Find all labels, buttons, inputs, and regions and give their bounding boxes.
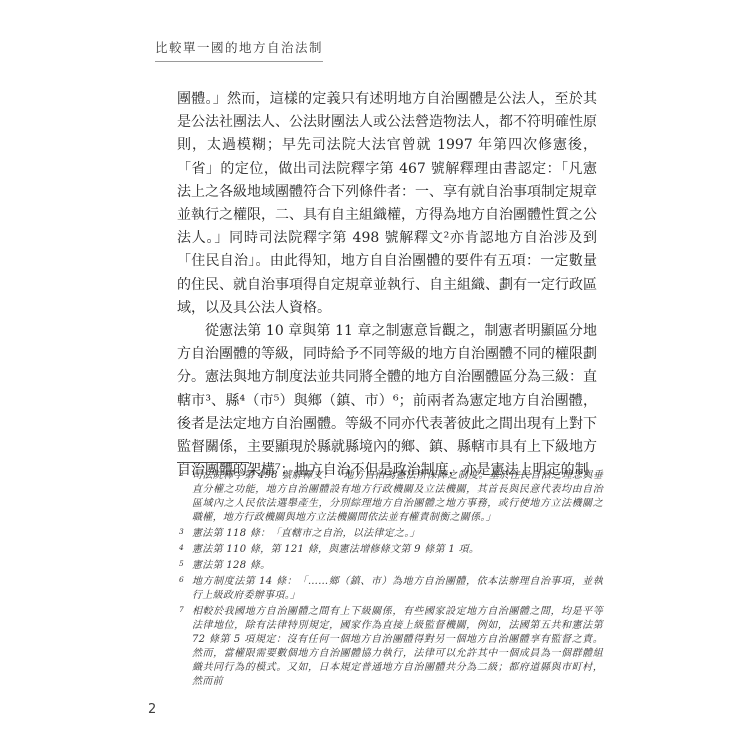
- footnote: 5 憲法第 128 條。: [177, 559, 603, 573]
- footnote: 4 憲法第 110 條，第 121 條，與憲法增修條文第 9 條第 1 項。: [177, 543, 603, 557]
- body-text: 團體。」然而，這樣的定義只有述明地方自治團體是公法人，至於其是公法社團法人、公法…: [177, 88, 597, 482]
- footnote-number: 6: [179, 573, 184, 587]
- footnote-number: 3: [179, 525, 184, 539]
- running-head: 比較單一國的地方自治法制: [155, 38, 323, 62]
- footnote-number: 4: [179, 541, 184, 555]
- body-paragraph-1: 團體。」然而，這樣的定義只有述明地方自治團體是公法人，至於其是公法社團法人、公法…: [177, 88, 597, 320]
- footnote: 6 地方制度法第 14 條：「……鄉（鎮、市）為地方自治團體，依本法辦理自治事項…: [177, 575, 603, 603]
- footnote-number: 2: [179, 467, 184, 481]
- footnote-separator: [177, 462, 249, 463]
- page-number: 2: [148, 702, 156, 717]
- footnote-text: 憲法第 118 條：「直轄市之自治，以法律定之。」: [192, 528, 420, 539]
- footnote: 3 憲法第 118 條：「直轄市之自治，以法律定之。」: [177, 527, 603, 541]
- running-head-title: 比較單一國的地方自治法制: [155, 38, 323, 62]
- book-page: 比較單一國的地方自治法制 團體。」然而，這樣的定義只有述明地方自治團體是公法人，…: [0, 0, 750, 750]
- footnote-text: 相較於我國地方自治團體之間有上下級關係，有些國家設定地方自治團體之間，均是平等法…: [192, 606, 603, 687]
- footnote-number: 7: [179, 603, 184, 617]
- footnote-text: 憲法第 128 條。: [192, 560, 270, 571]
- body-paragraph-2: 從憲法第 10 章與第 11 章之制憲意旨觀之，制憲者明顯區分地方自治團體的等級…: [177, 320, 597, 482]
- footnote-text: 憲法第 110 條，第 121 條，與憲法增修條文第 9 條第 1 項。: [192, 544, 479, 555]
- footnote: 7 相較於我國地方自治團體之間有上下級關係，有些國家設定地方自治團體之間，均是平…: [177, 605, 603, 689]
- footnote-number: 5: [179, 557, 184, 571]
- footnotes-section: 2 司法院釋字第 498 號解釋文：「地方自治為憲法所保障之制度。基於住民自治之…: [177, 469, 603, 691]
- footnote-text: 司法院釋字第 498 號解釋文：「地方自治為憲法所保障之制度。基於住民自治之理念…: [192, 470, 603, 523]
- footnote: 2 司法院釋字第 498 號解釋文：「地方自治為憲法所保障之制度。基於住民自治之…: [177, 469, 603, 525]
- footnote-text: 地方制度法第 14 條：「……鄉（鎮、市）為地方自治團體，依本法辦理自治事項，並…: [192, 576, 603, 601]
